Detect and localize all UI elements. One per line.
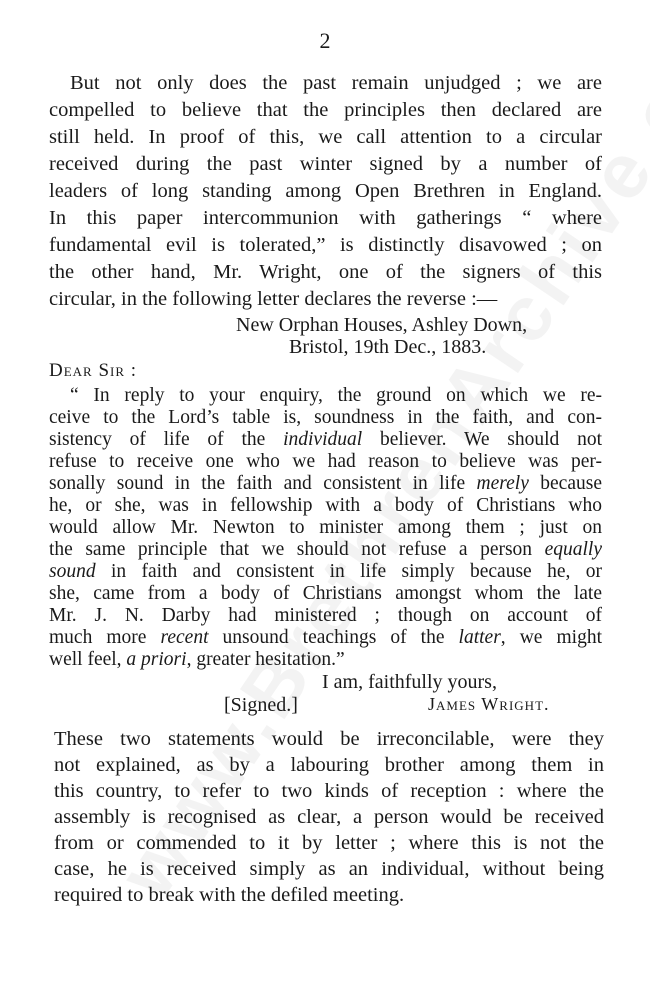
text-line: But not only does the past remain unjudg… xyxy=(70,71,602,95)
emphasis-equally: equally xyxy=(545,539,602,560)
emphasis-recent: recent xyxy=(161,627,209,648)
text-line: leaders of long standing among Open Bret… xyxy=(49,179,602,203)
signature-name: James Wright. xyxy=(428,694,550,715)
letter-line: sound in faith and consistent in life si… xyxy=(49,560,602,583)
text-line: this country, to refer to two kinds of r… xyxy=(54,779,604,803)
emphasis-individual: individual xyxy=(283,429,362,450)
text-line: compelled to believe that the principles… xyxy=(49,98,602,122)
text-line: the other hand, Mr. Wright, one of the s… xyxy=(49,260,602,284)
text-line: assembly is recognised as clear, a perso… xyxy=(54,805,604,829)
letter-line: sonally sound in the faith and consisten… xyxy=(49,472,602,495)
text-line: These two statements would be irreconcil… xyxy=(54,727,604,751)
text-line: case, he is received simply as an indivi… xyxy=(54,857,604,881)
emphasis-merely: merely xyxy=(477,473,529,494)
text-line: received during the past winter signed b… xyxy=(49,152,602,176)
letter-line: Mr. J. N. Darby had ministered ; though … xyxy=(49,604,602,627)
letter-line: the same principle that we should not re… xyxy=(49,538,602,561)
text-line: still held. In proof of this, we call at… xyxy=(49,125,602,149)
letter-line: “ In reply to your enquiry, the ground o… xyxy=(70,384,602,407)
letter-address-line1: New Orphan Houses, Ashley Down, xyxy=(236,314,527,337)
text-line: circular, in the following letter declar… xyxy=(49,287,602,311)
letter-salutation: Dear Sir : xyxy=(49,360,137,382)
text-line: fundamental evil is tolerated,” is disti… xyxy=(49,233,602,257)
letter-line: he, or she, was in fellowship with a bod… xyxy=(49,494,602,517)
emphasis-latter: latter xyxy=(459,627,501,648)
text-line: required to break with the defiled meeti… xyxy=(54,883,604,907)
letter-line: she, came from a body of Christians amon… xyxy=(49,582,602,605)
letter-line: much more recent unsound teachings of th… xyxy=(49,626,602,649)
text-line: In this paper intercommunion with gather… xyxy=(49,206,602,230)
text-line: not explained, as by a labouring brother… xyxy=(54,753,604,777)
signed-label: [Signed.] xyxy=(224,694,298,717)
letter-line: sistency of life of the individual belie… xyxy=(49,428,602,451)
page-number: 2 xyxy=(0,28,650,54)
letter-line: would allow Mr. Newton to minister among… xyxy=(49,516,602,539)
letter-line: refuse to receive one who we had reason … xyxy=(49,450,602,473)
letter-line: well feel, a priori, greater hesitation.… xyxy=(49,648,602,671)
letter-closing: I am, faithfully yours, xyxy=(322,671,497,694)
letter-line: ceive to the Lord’s table is, soundness … xyxy=(49,406,602,429)
emphasis-a-priori: a priori xyxy=(126,649,186,670)
text-line: from or commended to it by letter ; wher… xyxy=(54,831,604,855)
letter-address-line2: Bristol, 19th Dec., 1883. xyxy=(289,336,486,359)
emphasis-sound: sound xyxy=(49,561,96,582)
